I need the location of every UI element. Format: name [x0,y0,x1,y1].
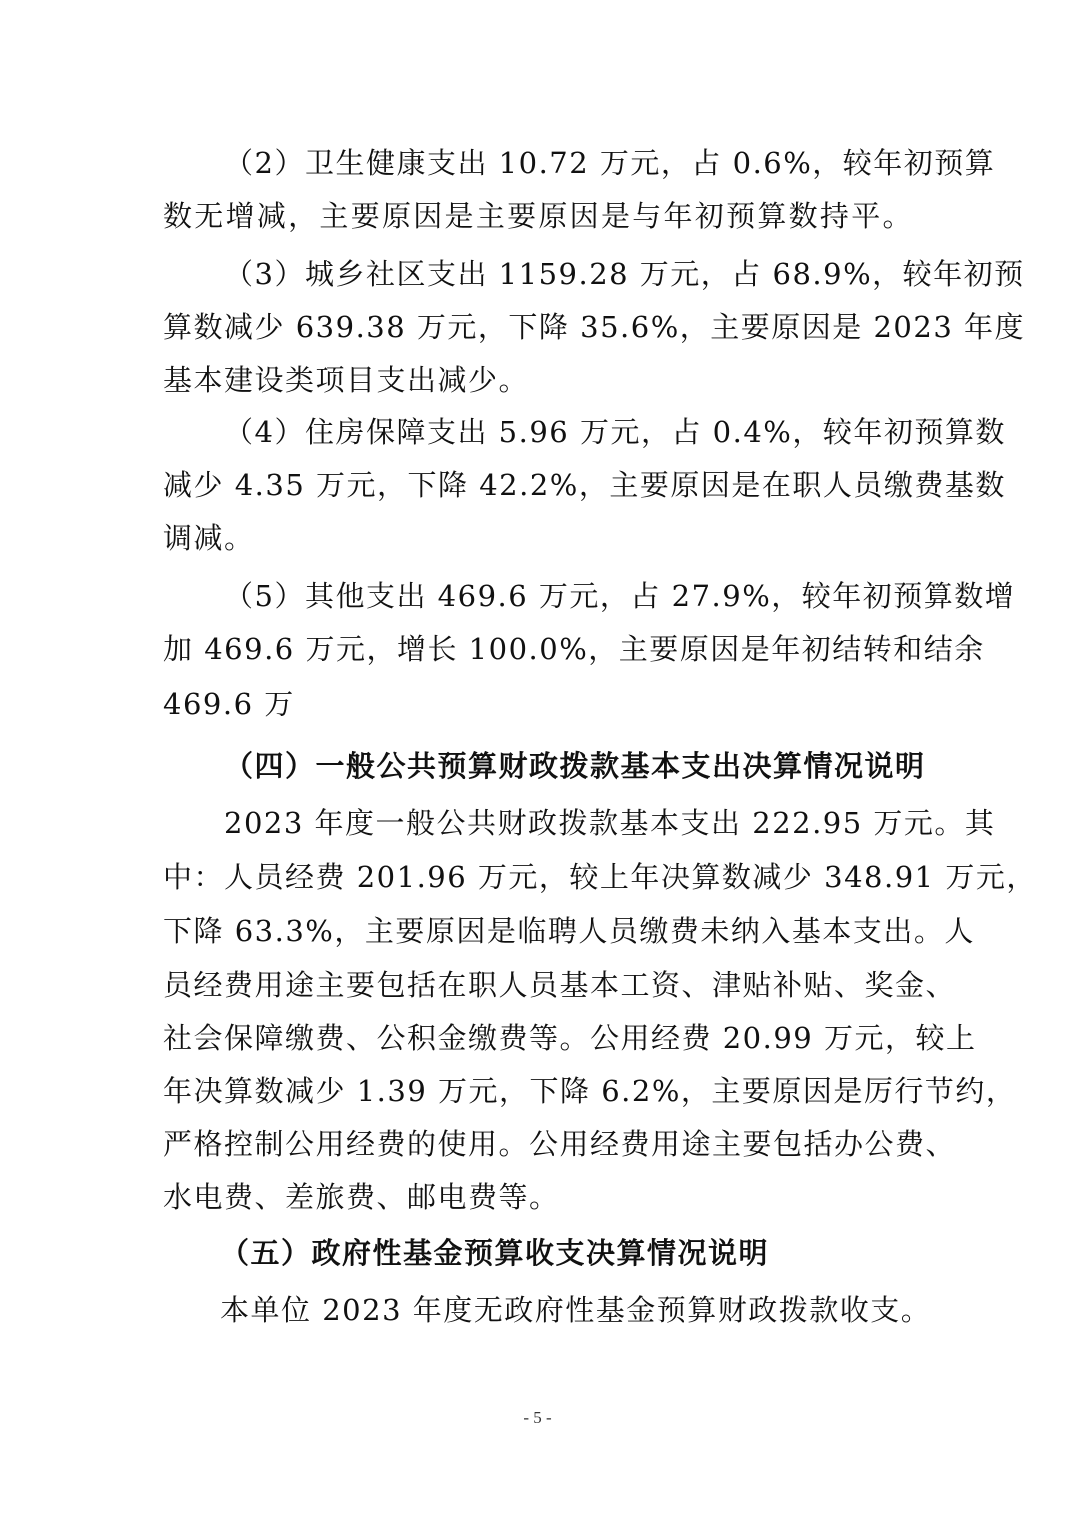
paragraph-line: 社会保障缴费、公积金缴费等。公用经费 20.99 万元，较上 [163,1018,913,1058]
paragraph-line: （3）城乡社区支出 1159.28 万元，占 68.9%，较年初预 [224,254,913,294]
paragraph-line: 2023 年度一般公共财政拨款基本支出 222.95 万元。其 [224,803,913,843]
document-page: （2）卫生健康支出 10.72 万元，占 0.6%，较年初预算 数无增减，主要原… [0,0,1075,1520]
paragraph-line: 水电费、差旅费、邮电费等。 [163,1177,913,1217]
section-heading-5: （五）政府性基金预算收支决算情况说明 [220,1233,920,1273]
paragraph-line: 数无增减，主要原因是主要原因是与年初预算数持平。 [163,196,913,236]
paragraph-line: （2）卫生健康支出 10.72 万元，占 0.6%，较年初预算 [224,143,913,183]
paragraph-line: 下降 63.3%，主要原因是临聘人员缴费未纳入基本支出。人 [163,911,913,951]
paragraph-line: 中：人员经费 201.96 万元，较上年决算数减少 348.91 万元， [163,857,913,897]
paragraph-line: 加 469.6 万元，增长 100.0%，主要原因是年初结转和结余 [163,629,913,669]
paragraph-line: 严格控制公用经费的使用。公用经费用途主要包括办公费、 [163,1124,913,1164]
paragraph-line: 基本建设类项目支出减少。 [163,360,913,400]
paragraph-line: 员经费用途主要包括在职人员基本工资、津贴补贴、奖金、 [163,965,913,1005]
paragraph-line: 调减。 [163,518,913,558]
paragraph-line: 年决算数减少 1.39 万元，下降 6.2%，主要原因是厉行节约， [163,1071,913,1111]
paragraph-line: 本单位 2023 年度无政府性基金预算财政拨款收支。 [220,1290,920,1330]
paragraph-line: 算数减少 639.38 万元，下降 35.6%，主要原因是 2023 年度 [163,307,913,347]
paragraph-line: （4）住房保障支出 5.96 万元，占 0.4%，较年初预算数 [224,412,913,452]
page-number: - 5 - [0,1408,1075,1428]
section-heading-4: （四）一般公共预算财政拨款基本支出决算情况说明 [224,746,913,786]
paragraph-line: 469.6 万 [163,684,913,724]
paragraph-line: 减少 4.35 万元，下降 42.2%，主要原因是在职人员缴费基数 [163,465,913,505]
paragraph-line: （5）其他支出 469.6 万元，占 27.9%，较年初预算数增 [224,576,913,616]
